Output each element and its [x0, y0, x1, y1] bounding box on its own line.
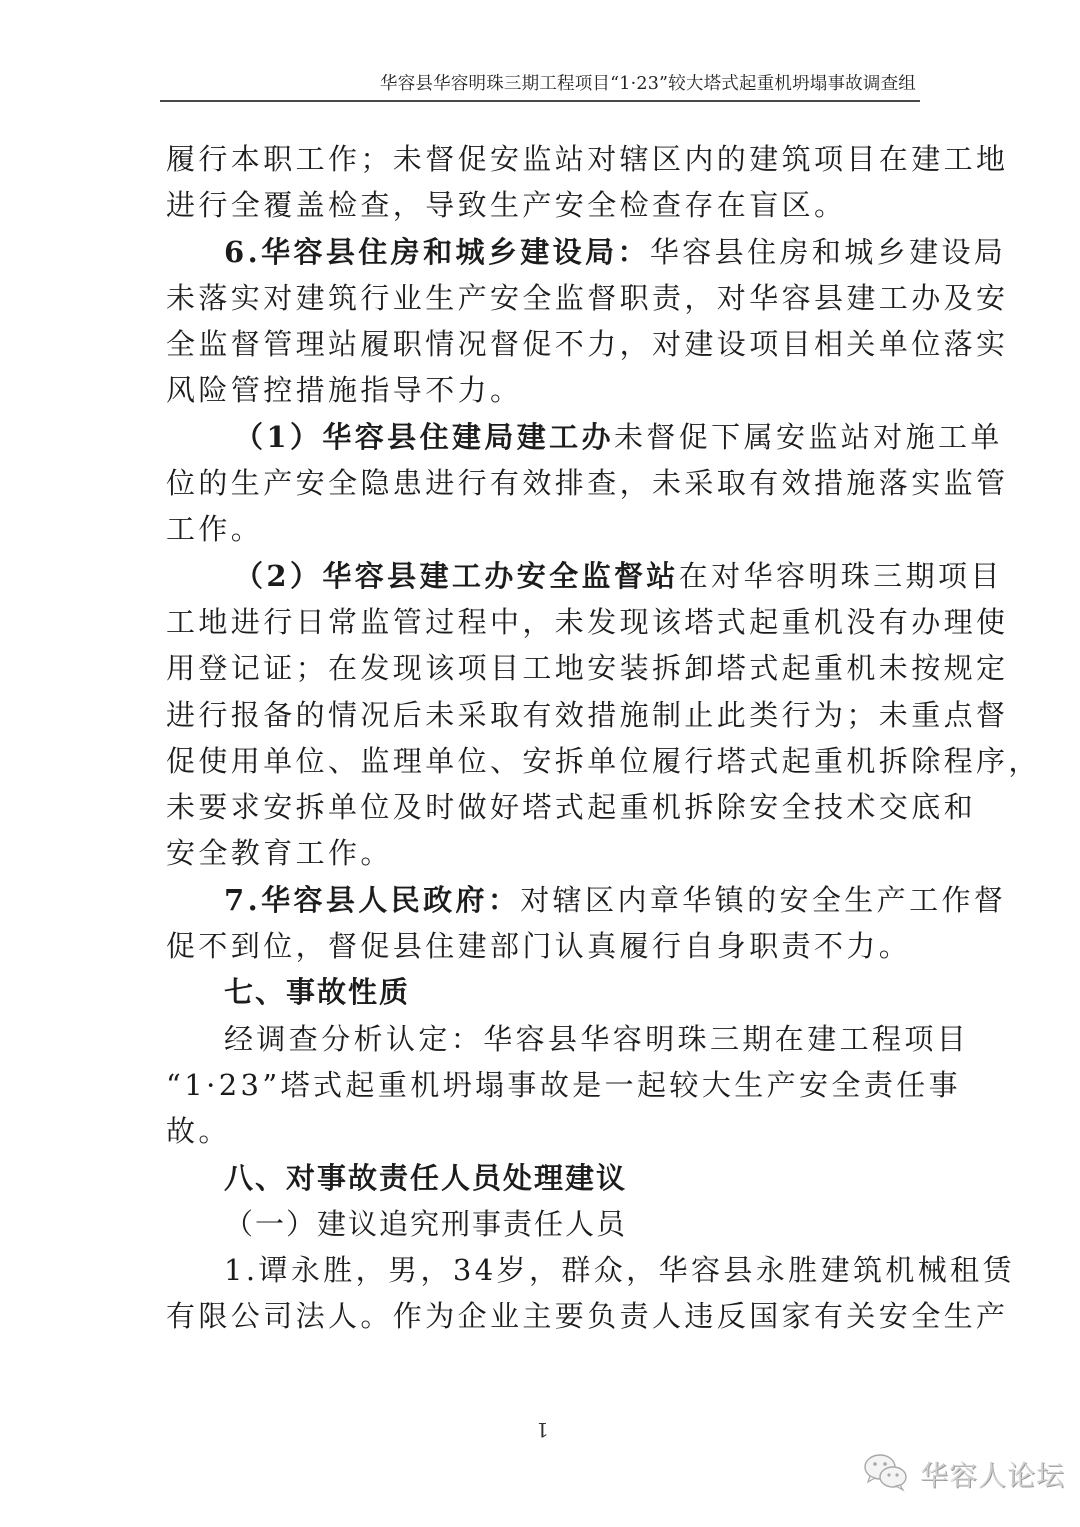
- text-line: 未要求安拆单位及时做好塔式起重机拆除安全技术交底和: [166, 784, 918, 830]
- item-6-first-line: 6.华容县住房和城乡建设局：华容县住房和城乡建设局: [166, 229, 918, 275]
- section-7-heading: 七、事故性质: [166, 969, 918, 1015]
- item-6-1-first-line: （1）华容县住建局建工办未督促下属安监站对施工单: [166, 414, 918, 460]
- text-line: 用登记证；在发现该项目工地安装拆卸塔式起重机未按规定: [166, 645, 918, 691]
- text-line: 有限公司法人。作为企业主要负责人违反国家有关安全生产: [166, 1293, 918, 1339]
- text-span: 华容县住房和城乡建设局: [650, 235, 1006, 269]
- text-line: 促使用单位、监理单位、安拆单位履行塔式起重机拆除程序，: [166, 738, 918, 784]
- section-8-heading: 八、对事故责任人员处理建议: [166, 1155, 918, 1201]
- item-6-lead: 6.华容县住房和城乡建设局：: [224, 235, 650, 269]
- watermark-text: 华容人论坛: [920, 1454, 1065, 1494]
- text-line: 风险管控措施指导不力。: [166, 367, 918, 413]
- item-7-first-line: 7.华容县人民政府：对辖区内章华镇的安全生产工作督: [166, 877, 918, 923]
- document-header: 华容县华容明珠三期工程项目“1·23”较大塔式起重机坍塌事故调查组: [160, 72, 920, 102]
- text-line: 1.谭永胜，男，34岁，群众，华容县永胜建筑机械租赁: [166, 1247, 918, 1293]
- text-line: “1·23”塔式起重机坍塌事故是一起较大生产安全责任事: [166, 1062, 918, 1108]
- text-span: 在对华容明珠三期项目: [679, 559, 1003, 593]
- watermark: 华容人论坛: [862, 1452, 1065, 1496]
- item-6-2-lead: （2）华容县建工办安全监督站: [234, 559, 679, 593]
- text-line: 位的生产安全隐患进行有效排查，未采取有效措施落实监管: [166, 460, 918, 506]
- item-6-2-first-line: （2）华容县建工办安全监督站在对华容明珠三期项目: [166, 553, 918, 599]
- text-line: 未落实对建筑行业生产安全监督职责，对华容县建工办及安: [166, 275, 918, 321]
- header-title: 华容县华容明珠三期工程项目“1·23”较大塔式起重机坍塌事故调查组: [160, 72, 920, 96]
- text-line: 工地进行日常监管过程中，未发现该塔式起重机没有办理使: [166, 599, 918, 645]
- wechat-icon: [862, 1452, 910, 1496]
- text-line: 经调查分析认定：华容县华容明珠三期在建工程项目: [166, 1016, 918, 1062]
- text-line: 工作。: [166, 506, 918, 552]
- item-7-lead: 7.华容县人民政府：: [224, 883, 520, 917]
- section-8-subheading: （一）建议追究刑事责任人员: [166, 1201, 918, 1247]
- text-span: 对辖区内章华镇的安全生产工作督: [520, 883, 1006, 917]
- text-line: 进行全覆盖检查，导致生产安全检查存在盲区。: [166, 182, 918, 228]
- text-line: 故。: [166, 1108, 918, 1154]
- document-body: 履行本职工作；未督促安监站对辖区内的建筑项目在建工地 进行全覆盖检查，导致生产安…: [166, 136, 918, 1340]
- item-6-1-lead: （1）华容县住建局建工办: [234, 420, 614, 454]
- text-line: 安全教育工作。: [166, 830, 918, 876]
- text-span: 未督促下属安监站对施工单: [614, 420, 1003, 454]
- text-line: 履行本职工作；未督促安监站对辖区内的建筑项目在建工地: [166, 136, 918, 182]
- page-number: 1: [536, 1418, 549, 1442]
- text-line: 促不到位，督促县住建部门认真履行自身职责不力。: [166, 923, 918, 969]
- text-line: 全监督管理站履职情况督促不力，对建设项目相关单位落实: [166, 321, 918, 367]
- text-line: 进行报备的情况后未采取有效措施制止此类行为；未重点督: [166, 692, 918, 738]
